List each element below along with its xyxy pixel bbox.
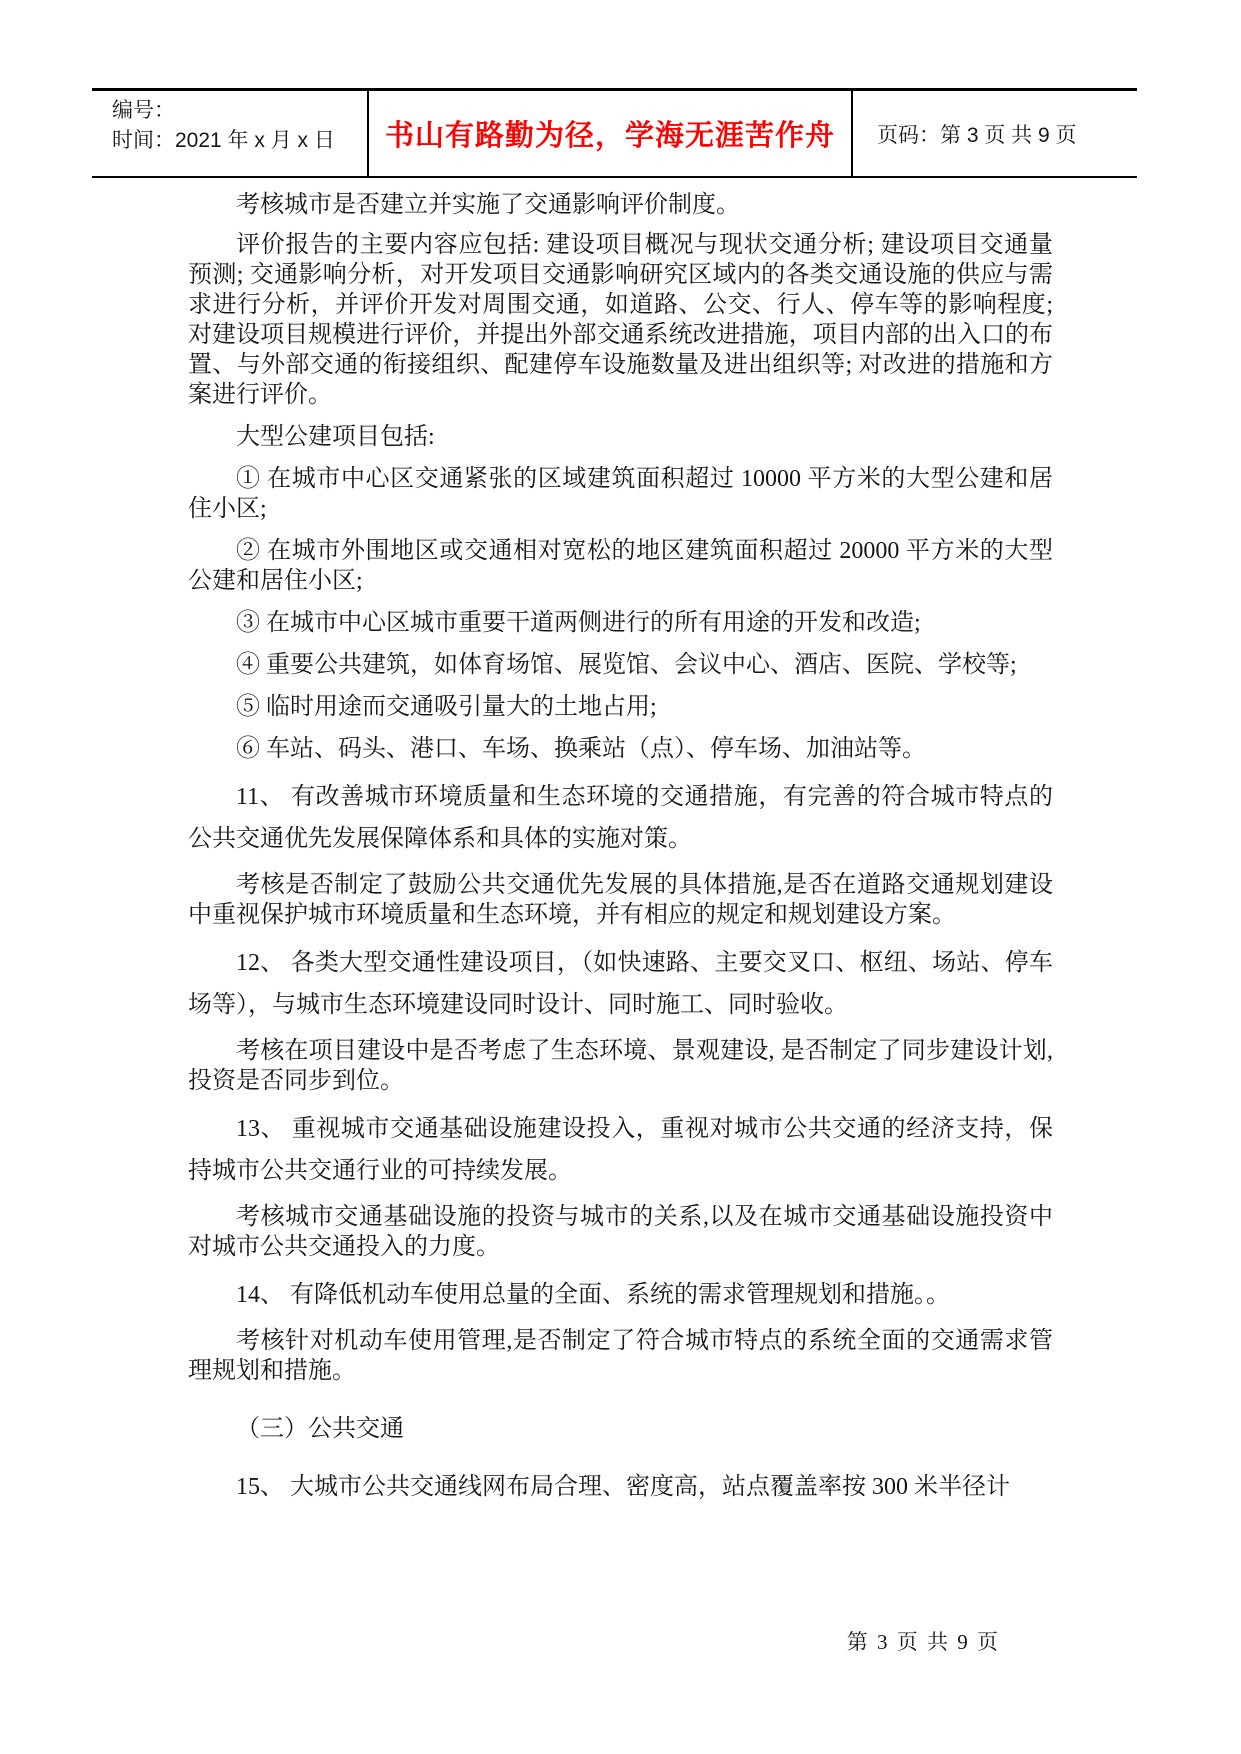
header-page-label: 页码：第 3 页 共 9 页: [877, 119, 1077, 149]
paragraph: 大型公建项目包括:: [188, 422, 1053, 452]
header-date-label: 时间：2021 年 x 月 x 日: [112, 126, 367, 156]
page-footer: 第 3 页 共 9 页: [188, 1626, 1000, 1656]
paragraph: ③ 在城市中心区城市重要干道两侧进行的所有用途的开发和改造;: [188, 608, 1053, 638]
paragraph: 考核在项目建设中是否考虑了生态环境、景观建设, 是否制定了同步建设计划, 投资是…: [188, 1036, 1053, 1096]
paragraph: 11、 有改善城市环境质量和生态环境的交通措施，有完善的符合城市特点的公共交通优…: [188, 776, 1053, 860]
paragraph: （三）公共交通: [188, 1414, 1053, 1444]
paragraph: 考核城市交通基础设施的投资与城市的关系,以及在城市交通基础设施投资中对城市公共交…: [188, 1202, 1053, 1262]
paragraph: ⑤ 临时用途而交通吸引量大的土地占用;: [188, 692, 1053, 722]
paragraph: 13、 重视城市交通基础设施建设投入，重视对城市公共交通的经济支持，保持城市公共…: [188, 1108, 1053, 1192]
paragraph: 评价报告的主要内容应包括: 建设项目概况与现状交通分析; 建设项目交通量预测; …: [188, 230, 1053, 410]
paragraph: ① 在城市中心区交通紧张的区域建筑面积超过 10000 平方米的大型公建和居住小…: [188, 464, 1053, 524]
paragraph: 14、 有降低机动车使用总量的全面、系统的需求管理规划和措施。。: [188, 1274, 1053, 1316]
header-slogan-cell: 书山有路勤为径，学海无涯苦作舟: [367, 91, 853, 176]
paragraph: 考核是否制定了鼓励公共交通优先发展的具体措施,是否在道路交通规划建设中重视保护城…: [188, 870, 1053, 930]
paragraph: 考核针对机动车使用管理,是否制定了符合城市特点的系统全面的交通需求管理规划和措施…: [188, 1326, 1053, 1386]
document-body: 考核城市是否建立并实施了交通影响评价制度。评价报告的主要内容应包括: 建设项目概…: [188, 190, 1053, 1508]
document-page: 编号： 时间：2021 年 x 月 x 日 书山有路勤为径，学海无涯苦作舟 页码…: [0, 0, 1241, 1754]
header-meta-cell: 编号： 时间：2021 年 x 月 x 日: [92, 91, 367, 176]
paragraph: 15、 大城市公共交通线网布局合理、密度高，站点覆盖率按 300 米半径计: [188, 1466, 1053, 1508]
paragraph: ② 在城市外围地区或交通相对宽松的地区建筑面积超过 20000 平方米的大型公建…: [188, 536, 1053, 596]
paragraph: 12、 各类大型交通性建设项目，（如快速路、主要交叉口、枢纽、场站、停车场等），…: [188, 942, 1053, 1026]
paragraph: 考核城市是否建立并实施了交通影响评价制度。: [188, 190, 1053, 220]
paragraph: ⑥ 车站、码头、港口、车场、换乘站（点）、停车场、加油站等。: [188, 734, 1053, 764]
header-number-label: 编号：: [112, 96, 367, 126]
header-page-cell: 页码：第 3 页 共 9 页: [853, 91, 1137, 176]
paragraph: ④ 重要公共建筑，如体育场馆、展览馆、会议中心、酒店、医院、学校等;: [188, 650, 1053, 680]
page-header: 编号： 时间：2021 年 x 月 x 日 书山有路勤为径，学海无涯苦作舟 页码…: [92, 88, 1137, 178]
header-slogan: 书山有路勤为径，学海无涯苦作舟: [385, 113, 835, 154]
